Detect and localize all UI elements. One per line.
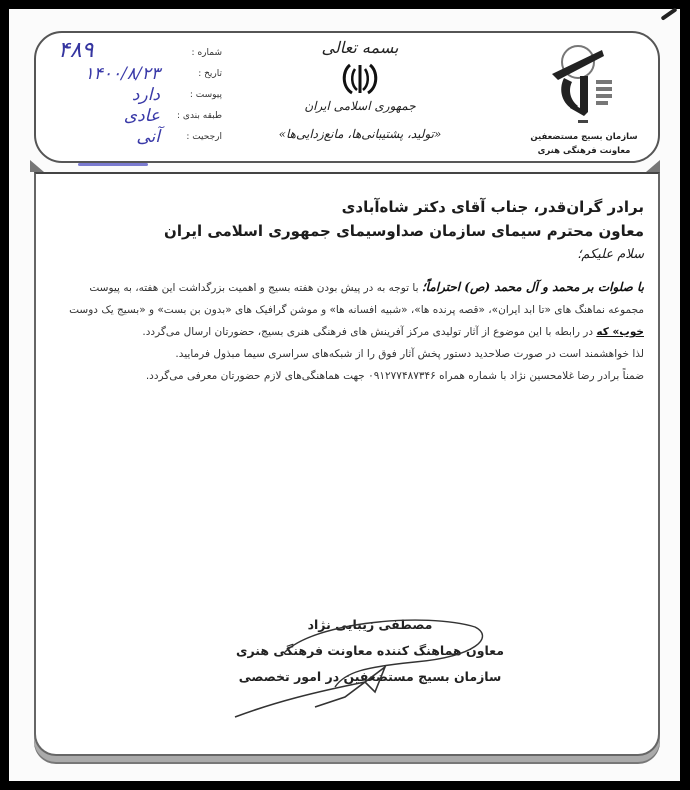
meta-classification-row: طبقه بندی : عادی (62, 105, 222, 126)
iran-emblem-icon (340, 61, 380, 97)
attachment-value: دارد (132, 85, 160, 105)
irgc-logo-icon (544, 40, 624, 126)
greeting: سلام علیکم؛ (58, 247, 644, 262)
recipient-line1: برادر گران‌قدر، جناب آقای دکتر شاه‌آبادی (58, 195, 644, 219)
meta-number-row: شماره : (62, 42, 222, 63)
paragraph1-opening: با صلوات بر محمد و آل محمد (ص) احتراماً؛ (422, 280, 644, 294)
classification-label: طبقه بندی : (164, 111, 222, 121)
handwritten-underline (78, 163, 148, 166)
date-value: ۱۴۰۰/۸/۲۳ (85, 64, 160, 84)
paragraph-3: ضمناً برادر رضا غلامحسین نژاد با شماره ه… (58, 365, 644, 387)
org-name-line1: سازمان بسیج مستضعفین (528, 130, 640, 144)
republic-title: جمهوری اسلامی ایران (270, 99, 450, 113)
year-slogan: «تولید، پشتیبانی‌ها، مانع‌زدایی‌ها» (270, 127, 450, 141)
classification-value: عادی (124, 106, 160, 126)
date-label: تاریخ : (164, 69, 222, 79)
bismillah: بسمه تعالی (270, 38, 450, 57)
recipient-line2: معاون محترم سیمای سازمان صداوسیمای جمهور… (58, 219, 644, 243)
priority-label: ارجحیت : (164, 132, 222, 142)
paragraph1-underlined-tail: خوب» که (596, 326, 644, 338)
meta-attachment-row: پیوست : دارد (62, 84, 222, 105)
letter-meta: شماره : تاریخ : ۱۴۰۰/۸/۲۳ پیوست : دارد ط… (62, 42, 222, 147)
org-name-line2: معاونت فرهنگی هنری (528, 144, 640, 158)
frame-corner-left (30, 160, 44, 172)
frame-corner-right (646, 160, 660, 172)
handwritten-signature-icon (225, 612, 505, 722)
meta-date-row: تاریخ : ۱۴۰۰/۸/۲۳ (62, 63, 222, 84)
meta-priority-row: ارجحیت : آنی (62, 126, 222, 147)
attachment-label: پیوست : (164, 90, 222, 100)
organization-logo-block: سازمان بسیج مستضعفین معاونت فرهنگی هنری (528, 40, 640, 158)
letterhead-center: بسمه تعالی جمهوری اسلامی ایران «تولید، پ… (270, 38, 450, 141)
paragraph-2: لذا خواهشمند است در صورت صلاحدید دستور پ… (58, 343, 644, 365)
paragraph-1: با صلوات بر محمد و آل محمد (ص) احتراماً؛… (58, 276, 644, 343)
priority-value: آنی (136, 127, 160, 147)
letter-content: برادر گران‌قدر، جناب آقای دکتر شاه‌آبادی… (58, 195, 644, 387)
paragraph1-end: در رابطه با این موضوع از آثار تولیدی مرک… (142, 326, 593, 338)
number-label: شماره : (164, 48, 222, 58)
